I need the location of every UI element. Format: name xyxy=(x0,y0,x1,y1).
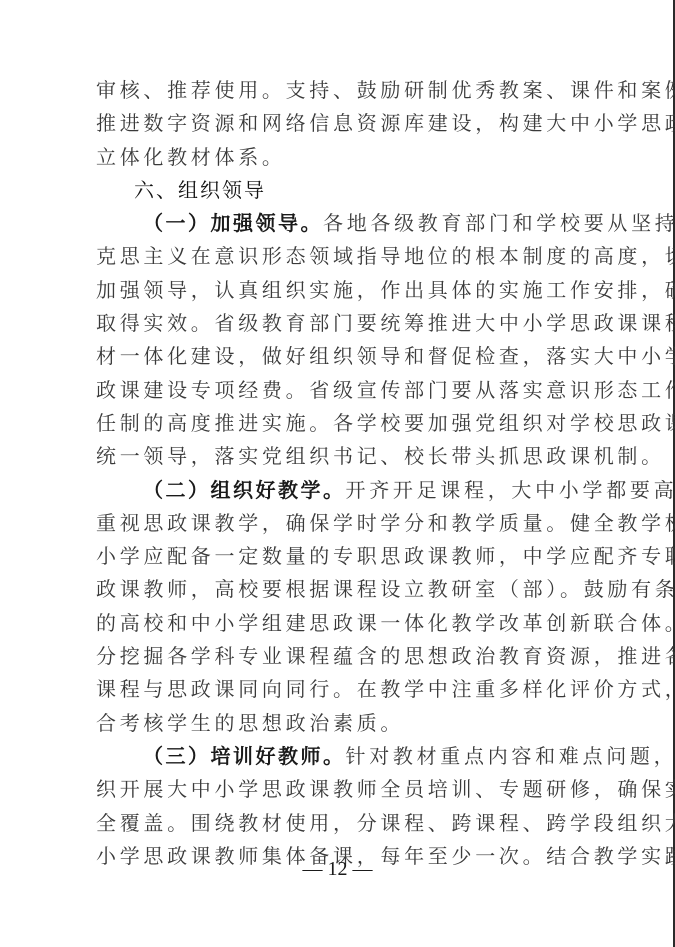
page-number: — 12 — xyxy=(0,858,675,881)
text-line: 分挖掘各学科专业课程蕴含的思想政治教育资源，推进各类 xyxy=(96,640,578,673)
text-line: 立体化教材体系。 xyxy=(96,141,578,174)
text-line: 的高校和中小学组建思政课一体化教学改革创新联合体。充 xyxy=(96,607,578,640)
text-line: 材一体化建设，做好组织领导和督促检查，落实大中小学思 xyxy=(96,340,578,373)
text-line: 任制的高度推进实施。各学校要加强党组织对学校思政课的 xyxy=(96,407,578,440)
text-line: 取得实效。省级教育部门要统筹推进大中小学思政课课程教 xyxy=(96,307,578,340)
text-line: 课程与思政课同向同行。在教学中注重多样化评价方式，综 xyxy=(96,673,578,706)
text-fragment: 针对教材重点内容和难点问题，组 xyxy=(346,744,675,768)
text-line: 重视思政课教学，确保学时学分和教学质量。健全教学机构， xyxy=(96,507,578,540)
text-fragment: 开齐开足课程，大中小学都要高度 xyxy=(346,478,675,502)
text-fragment: 各地各级教育部门和学校要从坚持马 xyxy=(323,211,675,235)
paragraph-organize-teaching: （二）组织好教学。开齐开足课程，大中小学都要高度 重视思政课教学，确保学时学分和… xyxy=(96,474,578,740)
sub-heading: （一）加强领导。 xyxy=(143,211,323,235)
text-line: 审核、推荐使用。支持、鼓励研制优秀教案、课件和案例等， xyxy=(96,74,578,107)
text-line: 统一领导，落实党组织书记、校长带头抓思政课机制。 xyxy=(96,440,578,473)
paragraph-train-teachers: （三）培训好教师。针对教材重点内容和难点问题，组 织开展大中小学思政课教师全员培… xyxy=(96,740,578,873)
document-body: 审核、推荐使用。支持、鼓励研制优秀教案、课件和案例等， 推进数字资源和网络信息资… xyxy=(96,74,578,873)
paragraph-first-line: （一）加强领导。各地各级教育部门和学校要从坚持马 xyxy=(96,207,578,240)
text-line: 推进数字资源和网络信息资源库建设，构建大中小学思政课 xyxy=(96,107,578,140)
document-page: 审核、推荐使用。支持、鼓励研制优秀教案、课件和案例等， 推进数字资源和网络信息资… xyxy=(0,0,675,947)
paragraph-first-line: （二）组织好教学。开齐开足课程，大中小学都要高度 xyxy=(96,474,578,507)
text-line: 全覆盖。围绕教材使用，分课程、跨课程、跨学段组织大中 xyxy=(96,807,578,840)
text-line: 加强领导，认真组织实施，作出具体的实施工作安排，确保 xyxy=(96,274,578,307)
text-line: 政课建设专项经费。省级宣传部门要从落实意识形态工作责 xyxy=(96,374,578,407)
text-line: 克思主义在意识形态领域指导地位的根本制度的高度，切实 xyxy=(96,240,578,273)
paragraph-strengthen-leadership: （一）加强领导。各地各级教育部门和学校要从坚持马 克思主义在意识形态领域指导地位… xyxy=(96,207,578,473)
text-line: 合考核学生的思想政治素质。 xyxy=(96,707,578,740)
paragraph-first-line: （三）培训好教师。针对教材重点内容和难点问题，组 xyxy=(96,740,578,773)
text-line: 小学应配备一定数量的专职思政课教师，中学应配齐专职思 xyxy=(96,540,578,573)
text-line: 政课教师，高校要根据课程设立教研室（部）。鼓励有条件 xyxy=(96,573,578,606)
sub-heading: （三）培训好教师。 xyxy=(143,744,346,768)
text-line: 织开展大中小学思政课教师全员培训、专题研修，确保实现 xyxy=(96,773,578,806)
section-heading: 六、组织领导 xyxy=(96,174,578,207)
sub-heading: （二）组织好教学。 xyxy=(143,478,346,502)
